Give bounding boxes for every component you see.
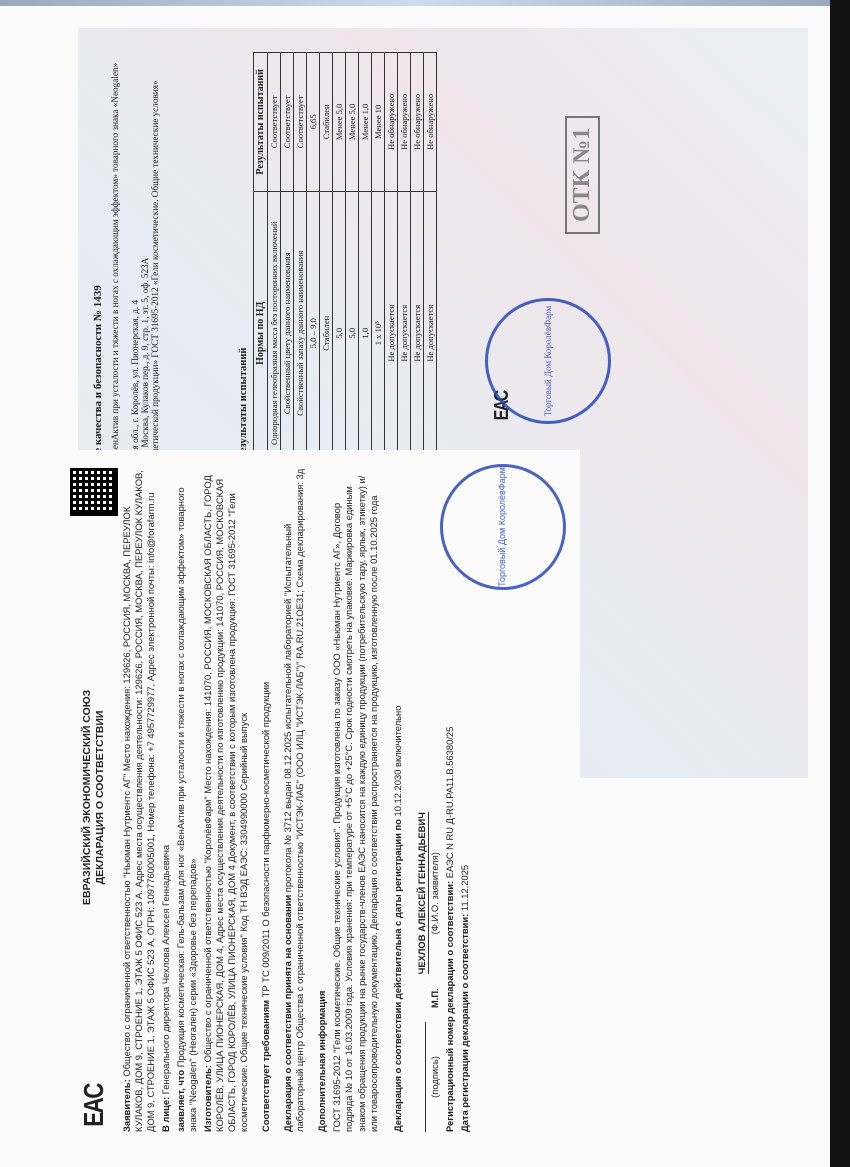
union-title: ЕВРАЗИЙСКИЙ ЭКОНОМИЧЕСКИЙ СОЮЗ: [81, 690, 94, 905]
eac-mark: EAC: [76, 1084, 112, 1127]
declaration-title: ДЕКЛАРАЦИЯ О СООТВЕТСТВИИ: [94, 690, 107, 905]
column-header: Результаты испытаний: [254, 53, 268, 192]
otk-stamp: ОТК №1: [565, 116, 600, 234]
qr-code: [70, 468, 118, 516]
scan-edge-top: [0, 0, 830, 6]
signature-block: (подпись) М.П. ЧЕХЛОВ АЛЕКСЕЙ ГЕННАДЬЕВИ…: [416, 468, 441, 1132]
manufacturer: Изготовитель: Общество с ограниченной от…: [202, 468, 250, 1132]
person: В лице: Генерального директора Чехлова А…: [160, 468, 172, 1132]
company-stamp: Торговый Дом КоролёвФарм: [485, 298, 611, 424]
declares: заявляет, что Продукция косметическая: Г…: [175, 468, 199, 1132]
company-stamp: Торговый Дом КоролёвФарм: [440, 464, 566, 590]
scan-edge-right: [830, 0, 850, 1167]
applicant: Заявитель: Общество с ограниченной ответ…: [121, 468, 157, 1132]
extra-info: ГОСТ 31695-2012 "Гели косметические. Общ…: [331, 468, 379, 1132]
extra-info-label: Дополнительная информация: [316, 468, 328, 1132]
conforms: Соответствует требованиям ТР ТС 009/2011…: [260, 468, 272, 1132]
declaration-page: EAC ЕВРАЗИЙСКИЙ ЭКОНОМИЧЕСКИЙ СОЮЗ ДЕКЛА…: [60, 450, 580, 1150]
validity: Декларация о соответствии действительна …: [392, 468, 404, 1132]
basis: Декларация о соответствии принята на осн…: [282, 468, 306, 1132]
column-header: Нормы по НД: [254, 191, 268, 475]
